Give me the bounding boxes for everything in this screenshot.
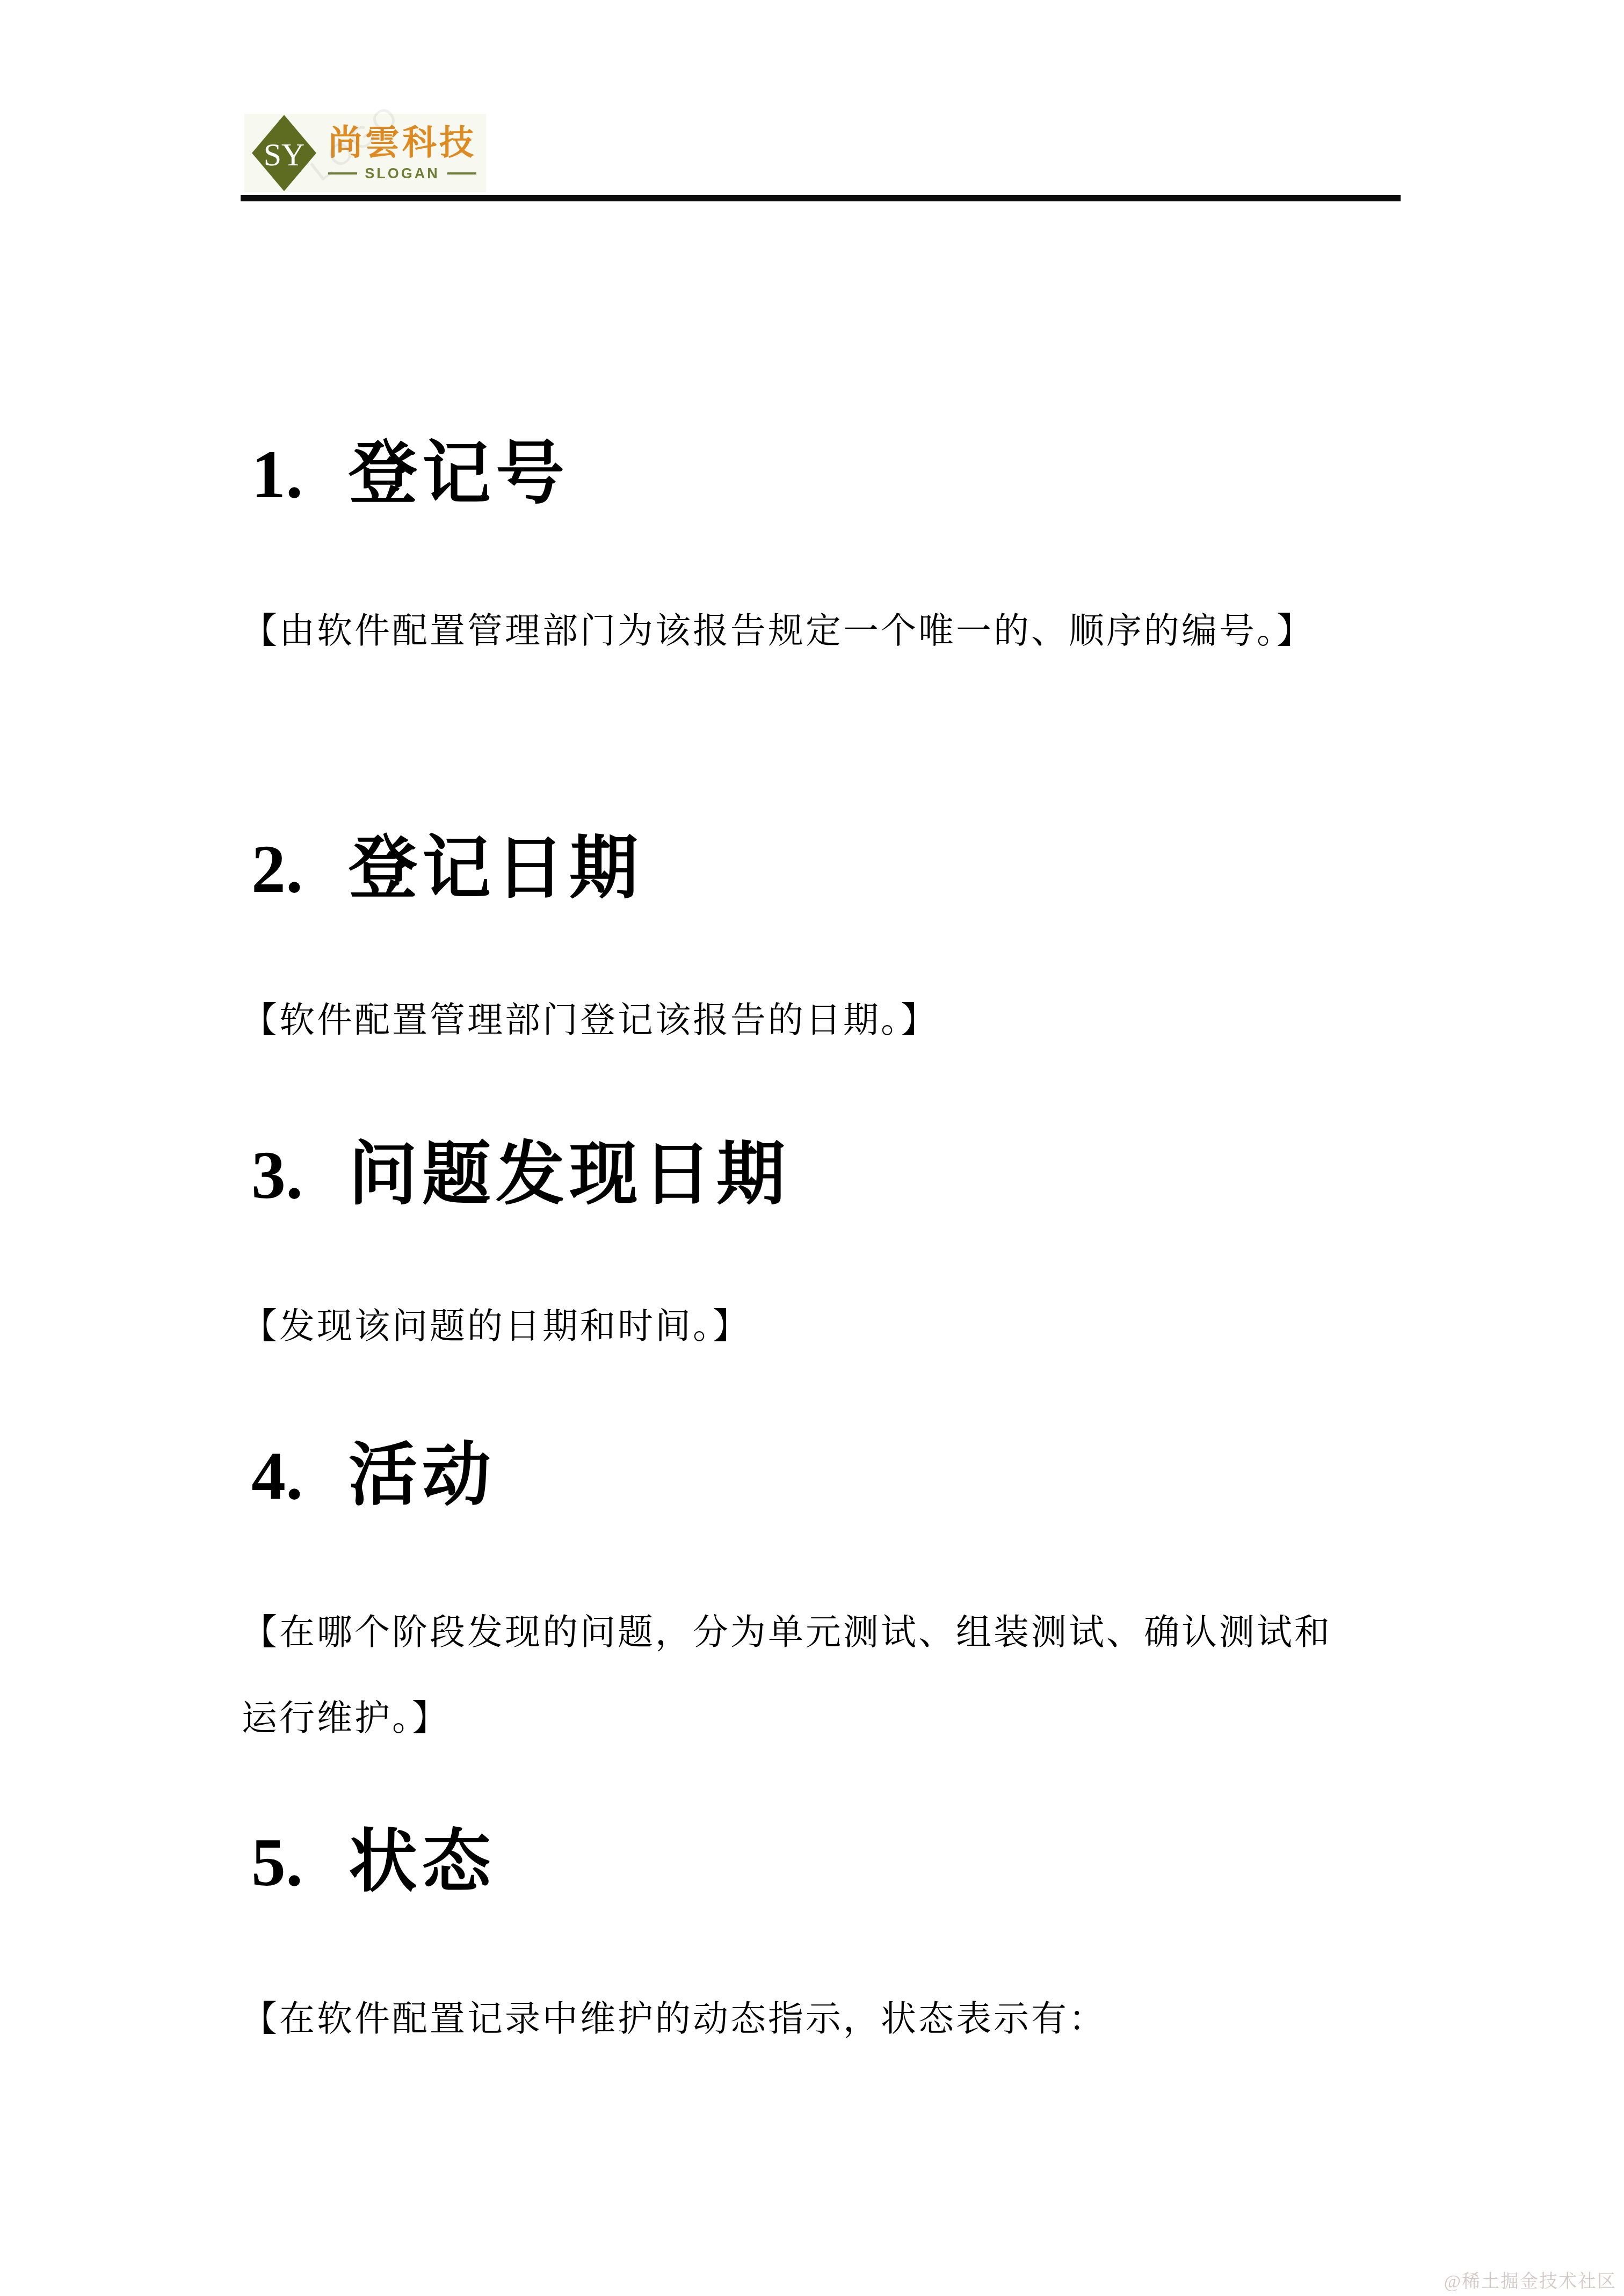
section-4-number: 4. <box>251 1436 303 1515</box>
logo-monogram: SY <box>264 137 305 172</box>
section-5-body-line: 【在软件配置记录中维护的动态指示，状态表示有： <box>242 1997 1106 2042</box>
section-1-heading: 1.登记号 <box>251 435 569 514</box>
section-3-title: 问题发现日期 <box>349 1137 790 1213</box>
section-1-title: 登记号 <box>349 436 569 512</box>
section-5-number: 5. <box>251 1823 303 1902</box>
section-2-heading: 2.登记日期 <box>251 830 643 909</box>
slogan-right-dash <box>447 172 476 175</box>
slogan-left-dash <box>328 172 357 175</box>
document-page: LOGO SY 尚雲科技 SLOGAN 1.登记号 【由软件配置管理部门为该报告… <box>0 0 1624 2296</box>
logo-slogan-row: SLOGAN <box>328 166 476 181</box>
section-3-number: 3. <box>251 1136 303 1215</box>
section-1-number: 1. <box>251 435 303 514</box>
section-4-body-line: 运行维护。】 <box>242 1697 450 1741</box>
section-4-title: 活动 <box>349 1437 496 1514</box>
section-1-body-line: 【由软件配置管理部门为该报告规定一个唯一的、顺序的编号。】 <box>242 609 1314 654</box>
section-5-title: 状态 <box>349 1824 496 1900</box>
logo-text-block: 尚雲科技 SLOGAN <box>328 126 476 181</box>
section-4-heading: 4.活动 <box>251 1436 496 1515</box>
header-divider-line <box>241 195 1401 201</box>
logo-diamond-icon: SY <box>251 114 317 192</box>
community-watermark: @稀土掘金技术社区 <box>1444 2266 1616 2293</box>
section-2-number: 2. <box>251 830 303 909</box>
logo-slogan: SLOGAN <box>365 166 440 181</box>
section-2-body-line: 【软件配置管理部门登记该报告的日期。】 <box>242 999 938 1043</box>
section-3-body-line: 【发现该问题的日期和时间。】 <box>242 1305 750 1349</box>
company-logo: LOGO SY 尚雲科技 SLOGAN <box>244 114 486 192</box>
section-4-body-line: 【在哪个阶段发现的问题，分为单元测试、组装测试、确认测试和 <box>242 1611 1332 1655</box>
section-2-title: 登记日期 <box>349 831 643 907</box>
section-5-heading: 5.状态 <box>251 1823 496 1902</box>
logo-company-name: 尚雲科技 <box>328 126 476 160</box>
section-3-heading: 3.问题发现日期 <box>251 1136 790 1215</box>
